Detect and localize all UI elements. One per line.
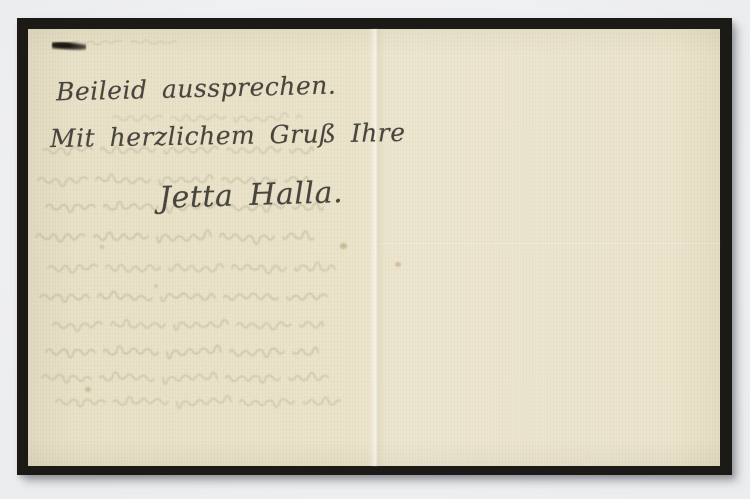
bleedthrough-line: [56, 396, 340, 408]
bleedthrough-line: [48, 263, 335, 274]
horizontal-crease: [380, 242, 720, 244]
handwriting-line-2: Mit herzlichem Gruß Ihre: [50, 118, 406, 153]
bleedthrough-line: [36, 230, 313, 244]
bleedthrough-line: [53, 320, 323, 332]
foxing-spot: [154, 284, 158, 288]
pencil-inscription: [73, 40, 176, 45]
foxing-spot: [85, 387, 91, 392]
photo-backdrop: Beileid aussprechen. Mit herzlichem Gruß…: [0, 0, 750, 499]
letter-black-mat: Beileid aussprechen. Mit herzlichem Gruß…: [17, 18, 732, 475]
signature-line: Jetta Halla.: [158, 175, 343, 216]
foxing-spot: [340, 243, 347, 249]
fold-crease: [369, 29, 384, 466]
border-ink-smudge: [52, 42, 86, 51]
foxing-spot: [395, 262, 401, 267]
foxing-spot: [100, 245, 104, 249]
letter-paper: Beileid aussprechen. Mit herzlichem Gruß…: [28, 29, 720, 466]
bleedthrough-line: [40, 292, 327, 303]
bleedthrough-line: [46, 345, 318, 358]
bleedthrough-line: [42, 372, 328, 384]
